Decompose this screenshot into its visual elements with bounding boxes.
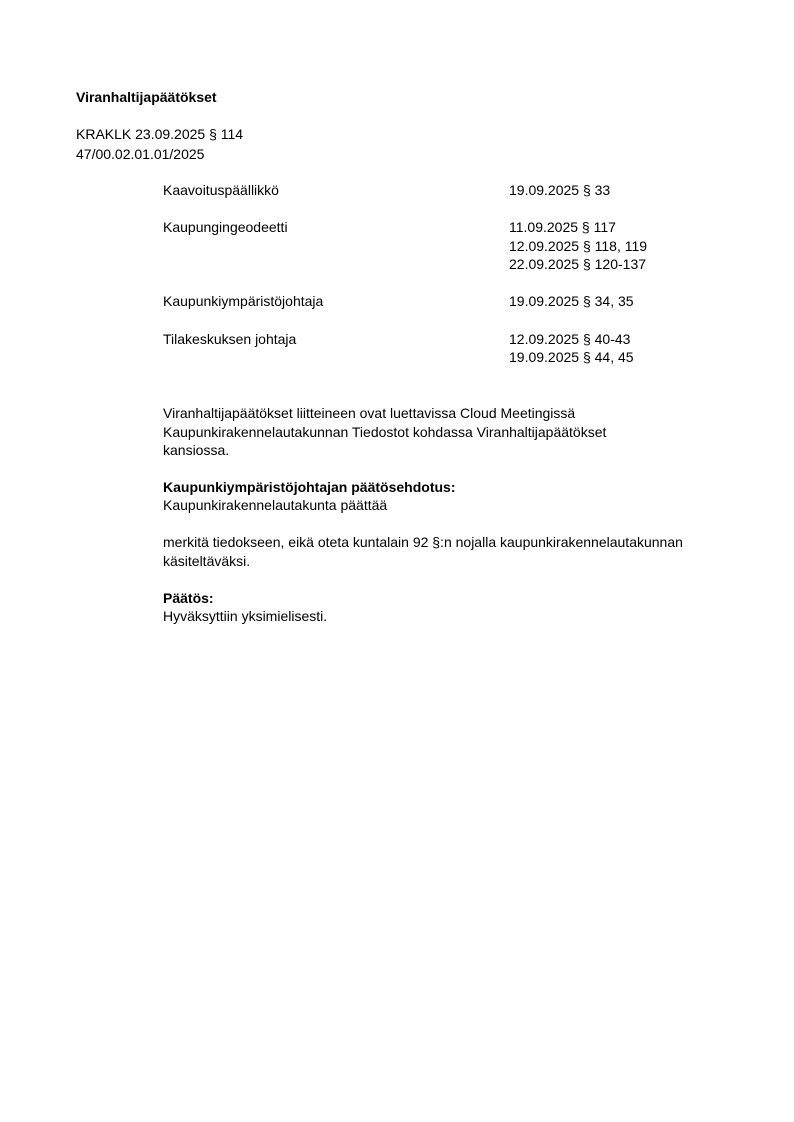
decision-entry: 22.09.2025 § 120-137 bbox=[509, 255, 646, 273]
document-title: Viranhaltijapäätökset bbox=[76, 88, 217, 106]
decision-entry: 19.09.2025 § 44, 45 bbox=[509, 348, 634, 366]
official-name: Tilakeskuksen johtaja bbox=[163, 330, 296, 348]
official-name: Kaupunkiympäristöjohtaja bbox=[163, 292, 323, 310]
decision-entry: 11.09.2025 § 117 bbox=[509, 218, 616, 236]
official-name: Kaavoituspäällikkö bbox=[163, 181, 279, 199]
proposal-heading: Kaupunkiympäristöjohtajan päätösehdotus: bbox=[163, 478, 455, 496]
info-line: Kaupunkirakennelautakunnan Tiedostot koh… bbox=[163, 423, 606, 441]
info-line: kansiossa. bbox=[163, 441, 229, 459]
case-number: 47/00.02.01.01/2025 bbox=[76, 145, 204, 163]
decision-heading: Päätös: bbox=[163, 589, 214, 607]
official-name: Kaupungingeodeetti bbox=[163, 218, 288, 236]
meeting-reference: KRAKLK 23.09.2025 § 114 bbox=[76, 125, 243, 143]
decision-entry: 12.09.2025 § 40-43 bbox=[509, 330, 630, 348]
proposal-text-line: käsiteltäväksi. bbox=[163, 552, 250, 570]
decision-text: Hyväksyttiin yksimielisesti. bbox=[163, 607, 327, 625]
proposal-text-line: merkitä tiedokseen, eikä oteta kuntalain… bbox=[163, 533, 683, 551]
proposal-intro: Kaupunkirakennelautakunta päättää bbox=[163, 496, 387, 514]
decision-entry: 12.09.2025 § 118, 119 bbox=[509, 237, 647, 255]
info-line: Viranhaltijapäätökset liitteineen ovat l… bbox=[163, 404, 575, 422]
decision-entry: 19.09.2025 § 34, 35 bbox=[509, 292, 634, 310]
decision-entry: 19.09.2025 § 33 bbox=[509, 181, 610, 199]
